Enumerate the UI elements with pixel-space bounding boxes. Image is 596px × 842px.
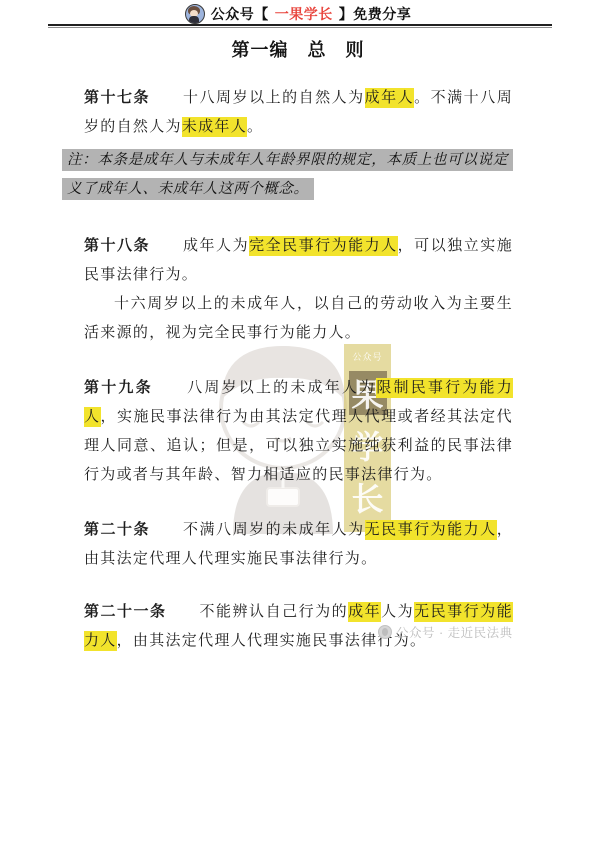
text-run: 十八周岁以上的自然人为 bbox=[150, 90, 365, 106]
article-number: 第二十条 bbox=[84, 522, 150, 538]
page-title: 第一编 总 则 bbox=[0, 36, 596, 62]
footer-watermark-avatar-icon bbox=[378, 625, 392, 639]
text-run: 。 bbox=[247, 119, 263, 135]
article-paragraph: 第十七条 十八周岁以上的自然人为成年人。不满十八周岁的自然人为未成年人。 bbox=[84, 84, 513, 142]
document-body: 第十七条 十八周岁以上的自然人为成年人。不满十八周岁的自然人为未成年人。 注：本… bbox=[84, 84, 513, 682]
footer-watermark-text: 公众号 · 走近民法典 bbox=[396, 623, 513, 641]
note-block: 注：本条是成年人与未成年人年龄界限的规定，本质上也可以说定义了成年人、未成年人这… bbox=[62, 146, 513, 204]
article-number: 第十九条 bbox=[84, 380, 153, 396]
article-number: 第二十一条 bbox=[84, 604, 167, 620]
text-run: 成年人为 bbox=[150, 238, 249, 254]
footer-watermark: 公众号 · 走近民法典 bbox=[378, 623, 513, 641]
note-text: 注：本条是成年人与未成年人年龄界限的规定，本质上也可以说定义了成年人、未成年人这… bbox=[62, 149, 513, 200]
document-page: 公众号【一果学长】免费分享 第一编 总 则 公众号 果 学 长 第十七条 十八周… bbox=[0, 0, 596, 842]
article-paragraph: 十六周岁以上的未成年人，以自己的劳动收入为主要生活来源的，视为完全民事行为能力人… bbox=[84, 290, 513, 348]
article-paragraph: 第二十条 不满八周岁的未成年人为无民事行为能力人，由其法定代理人代理实施民事法律… bbox=[84, 516, 513, 574]
article-number: 第十八条 bbox=[84, 238, 150, 254]
text-run: 不满八周岁的未成年人为 bbox=[150, 522, 365, 538]
article-number: 第十七条 bbox=[84, 90, 150, 106]
article-19: 第十九条 八周岁以上的未成年人为限制民事行为能力人，实施民事法律行为由其法定代理… bbox=[84, 374, 513, 490]
text-run: 八周岁以上的未成年人为 bbox=[153, 380, 377, 396]
text-run: 十六周岁以上的未成年人，以自己的劳动收入为主要生活来源的，视为完全民事行为能力人… bbox=[84, 296, 513, 341]
header-divider-rule bbox=[48, 24, 552, 28]
highlighted-term: 成年人 bbox=[365, 88, 415, 108]
header-label-prefix: 公众号【 bbox=[211, 4, 269, 24]
text-run: 人为 bbox=[381, 604, 414, 620]
highlighted-term: 完全民事行为能力人 bbox=[249, 236, 398, 256]
highlighted-term: 未成年人 bbox=[182, 117, 247, 137]
header-brand-name: 一果学长 bbox=[275, 4, 333, 24]
text-run: ，实施民事法律行为由其法定代理人代理或者经其法定代理人同意、追认；但是，可以独立… bbox=[84, 409, 513, 483]
page-header: 公众号【一果学长】免费分享 bbox=[0, 3, 596, 25]
header-label-suffix: 】免费分享 bbox=[339, 4, 412, 24]
text-run: 不能辨认自己行为的 bbox=[167, 604, 349, 620]
highlighted-term: 成年 bbox=[348, 602, 381, 622]
article-18: 第十八条 成年人为完全民事行为能力人，可以独立实施民事法律行为。十六周岁以上的未… bbox=[84, 232, 513, 348]
article-paragraph: 第十九条 八周岁以上的未成年人为限制民事行为能力人，实施民事法律行为由其法定代理… bbox=[84, 374, 513, 490]
account-avatar-icon bbox=[185, 4, 205, 24]
article-paragraph: 第十八条 成年人为完全民事行为能力人，可以独立实施民事法律行为。 bbox=[84, 232, 513, 290]
article-20: 第二十条 不满八周岁的未成年人为无民事行为能力人，由其法定代理人代理实施民事法律… bbox=[84, 516, 513, 574]
highlighted-term: 无民事行为能力人 bbox=[365, 520, 497, 540]
article-17: 第十七条 十八周岁以上的自然人为成年人。不满十八周岁的自然人为未成年人。 bbox=[84, 84, 513, 142]
